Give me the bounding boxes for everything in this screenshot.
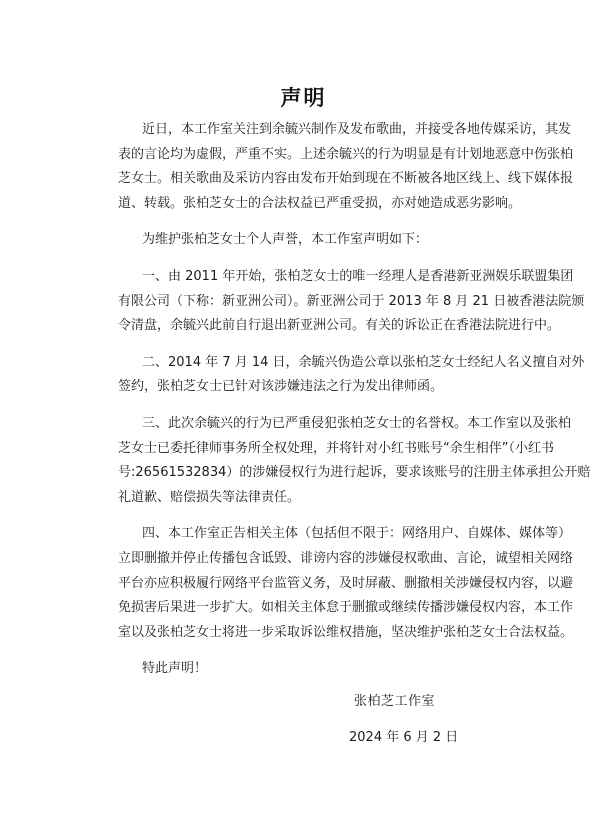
paragraph-point-1: 一、由 2011 年开始，张柏芝女士的唯一经理人是香港新亚洲娱乐联盟集团 有限公… xyxy=(92,265,520,339)
text-line: 令清盘，余毓兴此前自行退出新亚洲公司。有关的诉讼正在香港法院进行中。 xyxy=(92,314,520,339)
text-line: 为维护张柏芝女士个人声誉，本工作室声明如下： xyxy=(92,228,520,253)
text-line: 有限公司（下称：新亚洲公司）。新亚洲公司于 2013 年 8 月 21 日被香港… xyxy=(92,290,520,315)
paragraph-point-2: 二、2014 年 7 月 14 日，余毓兴伪造公章以张柏芝女士经纪人名义擅自对外… xyxy=(92,351,520,400)
signature-date: 2024 年 6 月 2 日 xyxy=(349,726,458,745)
text-line: 室以及张柏芝女士将进一步采取诉讼维权措施，坚决维护张柏芝女士合法权益。 xyxy=(92,621,520,646)
signature-name: 张柏芝工作室 xyxy=(354,690,435,709)
text-line: 特此声明！ xyxy=(92,657,520,682)
paragraph-preface: 为维护张柏芝女士个人声誉，本工作室声明如下： xyxy=(92,228,520,253)
paragraph-intro: 近日，本工作室关注到余毓兴制作及发布歌曲，并接受各地传媒采访，其发 表的言论均为… xyxy=(92,118,520,216)
text-line: 近日，本工作室关注到余毓兴制作及发布歌曲，并接受各地传媒采访，其发 xyxy=(92,118,520,143)
document-title: 声明 xyxy=(0,82,607,112)
text-line: 表的言论均为虚假，严重不实。上述余毓兴的行为明显是有计划地恶意中伤张柏 xyxy=(92,143,520,168)
text-line: 芝女士。相关歌曲及采访内容由发布开始到现在不断被各地区线上、线下媒体报 xyxy=(92,167,520,192)
text-line: 立即删撤并停止传播包含诋毁、诽谤内容的涉嫌侵权歌曲、言论，诚望相关网络 xyxy=(92,547,520,572)
text-line: 二、2014 年 7 月 14 日，余毓兴伪造公章以张柏芝女士经纪人名义擅自对外 xyxy=(92,351,520,376)
document-body: 近日，本工作室关注到余毓兴制作及发布歌曲，并接受各地传媒采访，其发 表的言论均为… xyxy=(92,118,520,694)
paragraph-closing: 特此声明！ xyxy=(92,657,520,682)
text-line: 道、转载。张柏芝女士的合法权益已严重受损，亦对她造成恶劣影响。 xyxy=(92,192,520,217)
text-line: 平台亦应积极履行网络平台监管义务，及时屏蔽、删撤相关涉嫌侵权内容，以避 xyxy=(92,572,520,597)
statement-document: 声明 近日，本工作室关注到余毓兴制作及发布歌曲，并接受各地传媒采访，其发 表的言… xyxy=(0,0,607,835)
text-line: 签约，张柏芝女士已针对该涉嫌违法之行为发出律师函。 xyxy=(92,375,520,400)
paragraph-point-4: 四、本工作室正告相关主体（包括但不限于：网络用户、自媒体、媒体等） 立即删撤并停… xyxy=(92,522,520,645)
text-line: 号:26561532834）的涉嫌侵权行为进行起诉，要求该账号的注册主体承担公开… xyxy=(92,461,520,486)
text-line: 芝女士已委托律师事务所全权处理，并将针对小红书账号“余生相伴”（小红书 xyxy=(92,437,520,462)
text-line: 四、本工作室正告相关主体（包括但不限于：网络用户、自媒体、媒体等） xyxy=(92,522,520,547)
paragraph-point-3: 三、此次余毓兴的行为已严重侵犯张柏芝女士的名誉权。本工作室以及张柏 芝女士已委托… xyxy=(92,412,520,510)
text-line: 一、由 2011 年开始，张柏芝女士的唯一经理人是香港新亚洲娱乐联盟集团 xyxy=(92,265,520,290)
text-line: 免损害后果进一步扩大。如相关主体怠于删撤或继续传播涉嫌侵权内容，本工作 xyxy=(92,596,520,621)
text-line: 三、此次余毓兴的行为已严重侵犯张柏芝女士的名誉权。本工作室以及张柏 xyxy=(92,412,520,437)
text-line: 礼道歉、赔偿损失等法律责任。 xyxy=(92,486,520,511)
